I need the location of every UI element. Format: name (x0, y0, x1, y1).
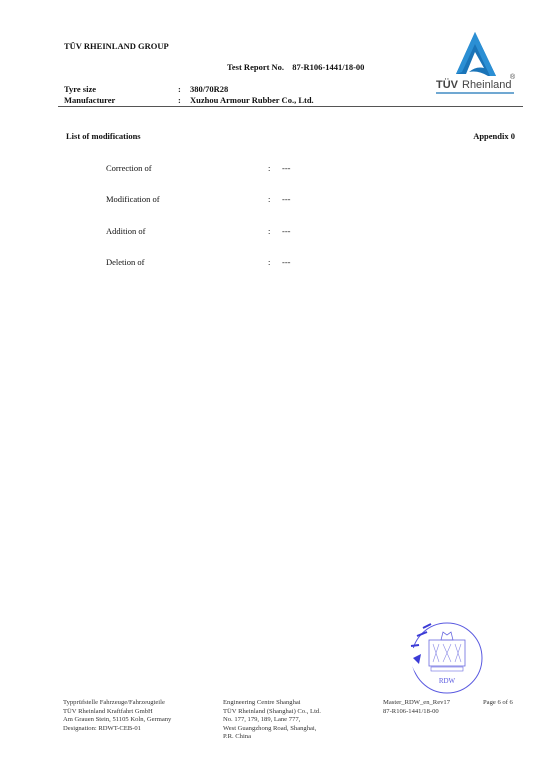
report-number: 87-R106-1441/18-00 (292, 62, 364, 72)
manufacturer-label: Manufacturer (64, 95, 115, 105)
report-number-line: Test Report No. 87-R106-1441/18-00 (227, 62, 364, 72)
rdw-stamp: RDW (405, 618, 485, 696)
row-separator: : (268, 257, 270, 267)
row-value: --- (282, 194, 291, 204)
header-divider (58, 106, 523, 107)
rdw-seal-stamp-icon: RDW (405, 618, 485, 696)
tuv-logo: TÜV Rheinland ® (432, 28, 518, 96)
row-label: Deletion of (106, 257, 144, 267)
footer-line: 87-R106-1441/18-00 (383, 708, 450, 717)
footer-col-2: Engineering Centre Shanghai TÜV Rheinlan… (223, 699, 321, 742)
tyre-size-label: Tyre size (64, 84, 96, 94)
footer-line: No. 177, 179, 189, Lane 777, (223, 716, 321, 725)
row-label: Correction of (106, 163, 152, 173)
row-value: --- (282, 163, 291, 173)
report-label: Test Report No. (227, 62, 284, 72)
row-separator: : (268, 163, 270, 173)
footer-line: Designation: RDWT-CEB-01 (63, 725, 171, 734)
footer-line: Am Grauen Stein, 51105 Koln, Germany (63, 716, 171, 725)
section-title: List of modifications (66, 131, 141, 141)
row-value: --- (282, 257, 291, 267)
logo-text-regular: Rheinland (462, 79, 512, 91)
footer-line: Typprüfstelle Fahrzeuge/Fahrzeugteile (63, 699, 171, 708)
row-label: Addition of (106, 226, 145, 236)
footer-col-1: Typprüfstelle Fahrzeuge/Fahrzeugteile TÜ… (63, 699, 171, 733)
appendix-label: Appendix 0 (473, 131, 515, 141)
stamp-text: RDW (439, 677, 456, 685)
organization-name: TÜV RHEINLAND GROUP (64, 41, 169, 51)
tyre-size-separator: : (178, 84, 181, 94)
row-value: --- (282, 226, 291, 236)
logo-registered-mark: ® (510, 73, 516, 81)
row-label: Modification of (106, 194, 160, 204)
tyre-size-value: 380/70R28 (190, 84, 228, 94)
footer-line: Master_RDW_en_Rev17 (383, 699, 450, 708)
footer-line: TÜV Rheinland (Shanghai) Co., Ltd. (223, 708, 321, 717)
manufacturer-separator: : (178, 95, 181, 105)
row-separator: : (268, 226, 270, 236)
footer-line: Engineering Centre Shanghai (223, 699, 321, 708)
tuv-triangle-logo-icon: TÜV Rheinland ® (432, 28, 518, 96)
manufacturer-value: Xuzhou Armour Rubber Co., Ltd. (190, 95, 314, 105)
page-number: Page 6 of 6 (483, 699, 513, 708)
footer-line: TÜV Rheinland Kraftfahrt GmbH (63, 708, 171, 717)
logo-text-bold: TÜV (436, 78, 459, 91)
footer-line: P.R. China (223, 733, 321, 742)
row-separator: : (268, 194, 270, 204)
footer-col-3: Master_RDW_en_Rev17 87-R106-1441/18-00 (383, 699, 450, 716)
footer-line: West Guangzhong Road, Shanghai, (223, 725, 321, 734)
